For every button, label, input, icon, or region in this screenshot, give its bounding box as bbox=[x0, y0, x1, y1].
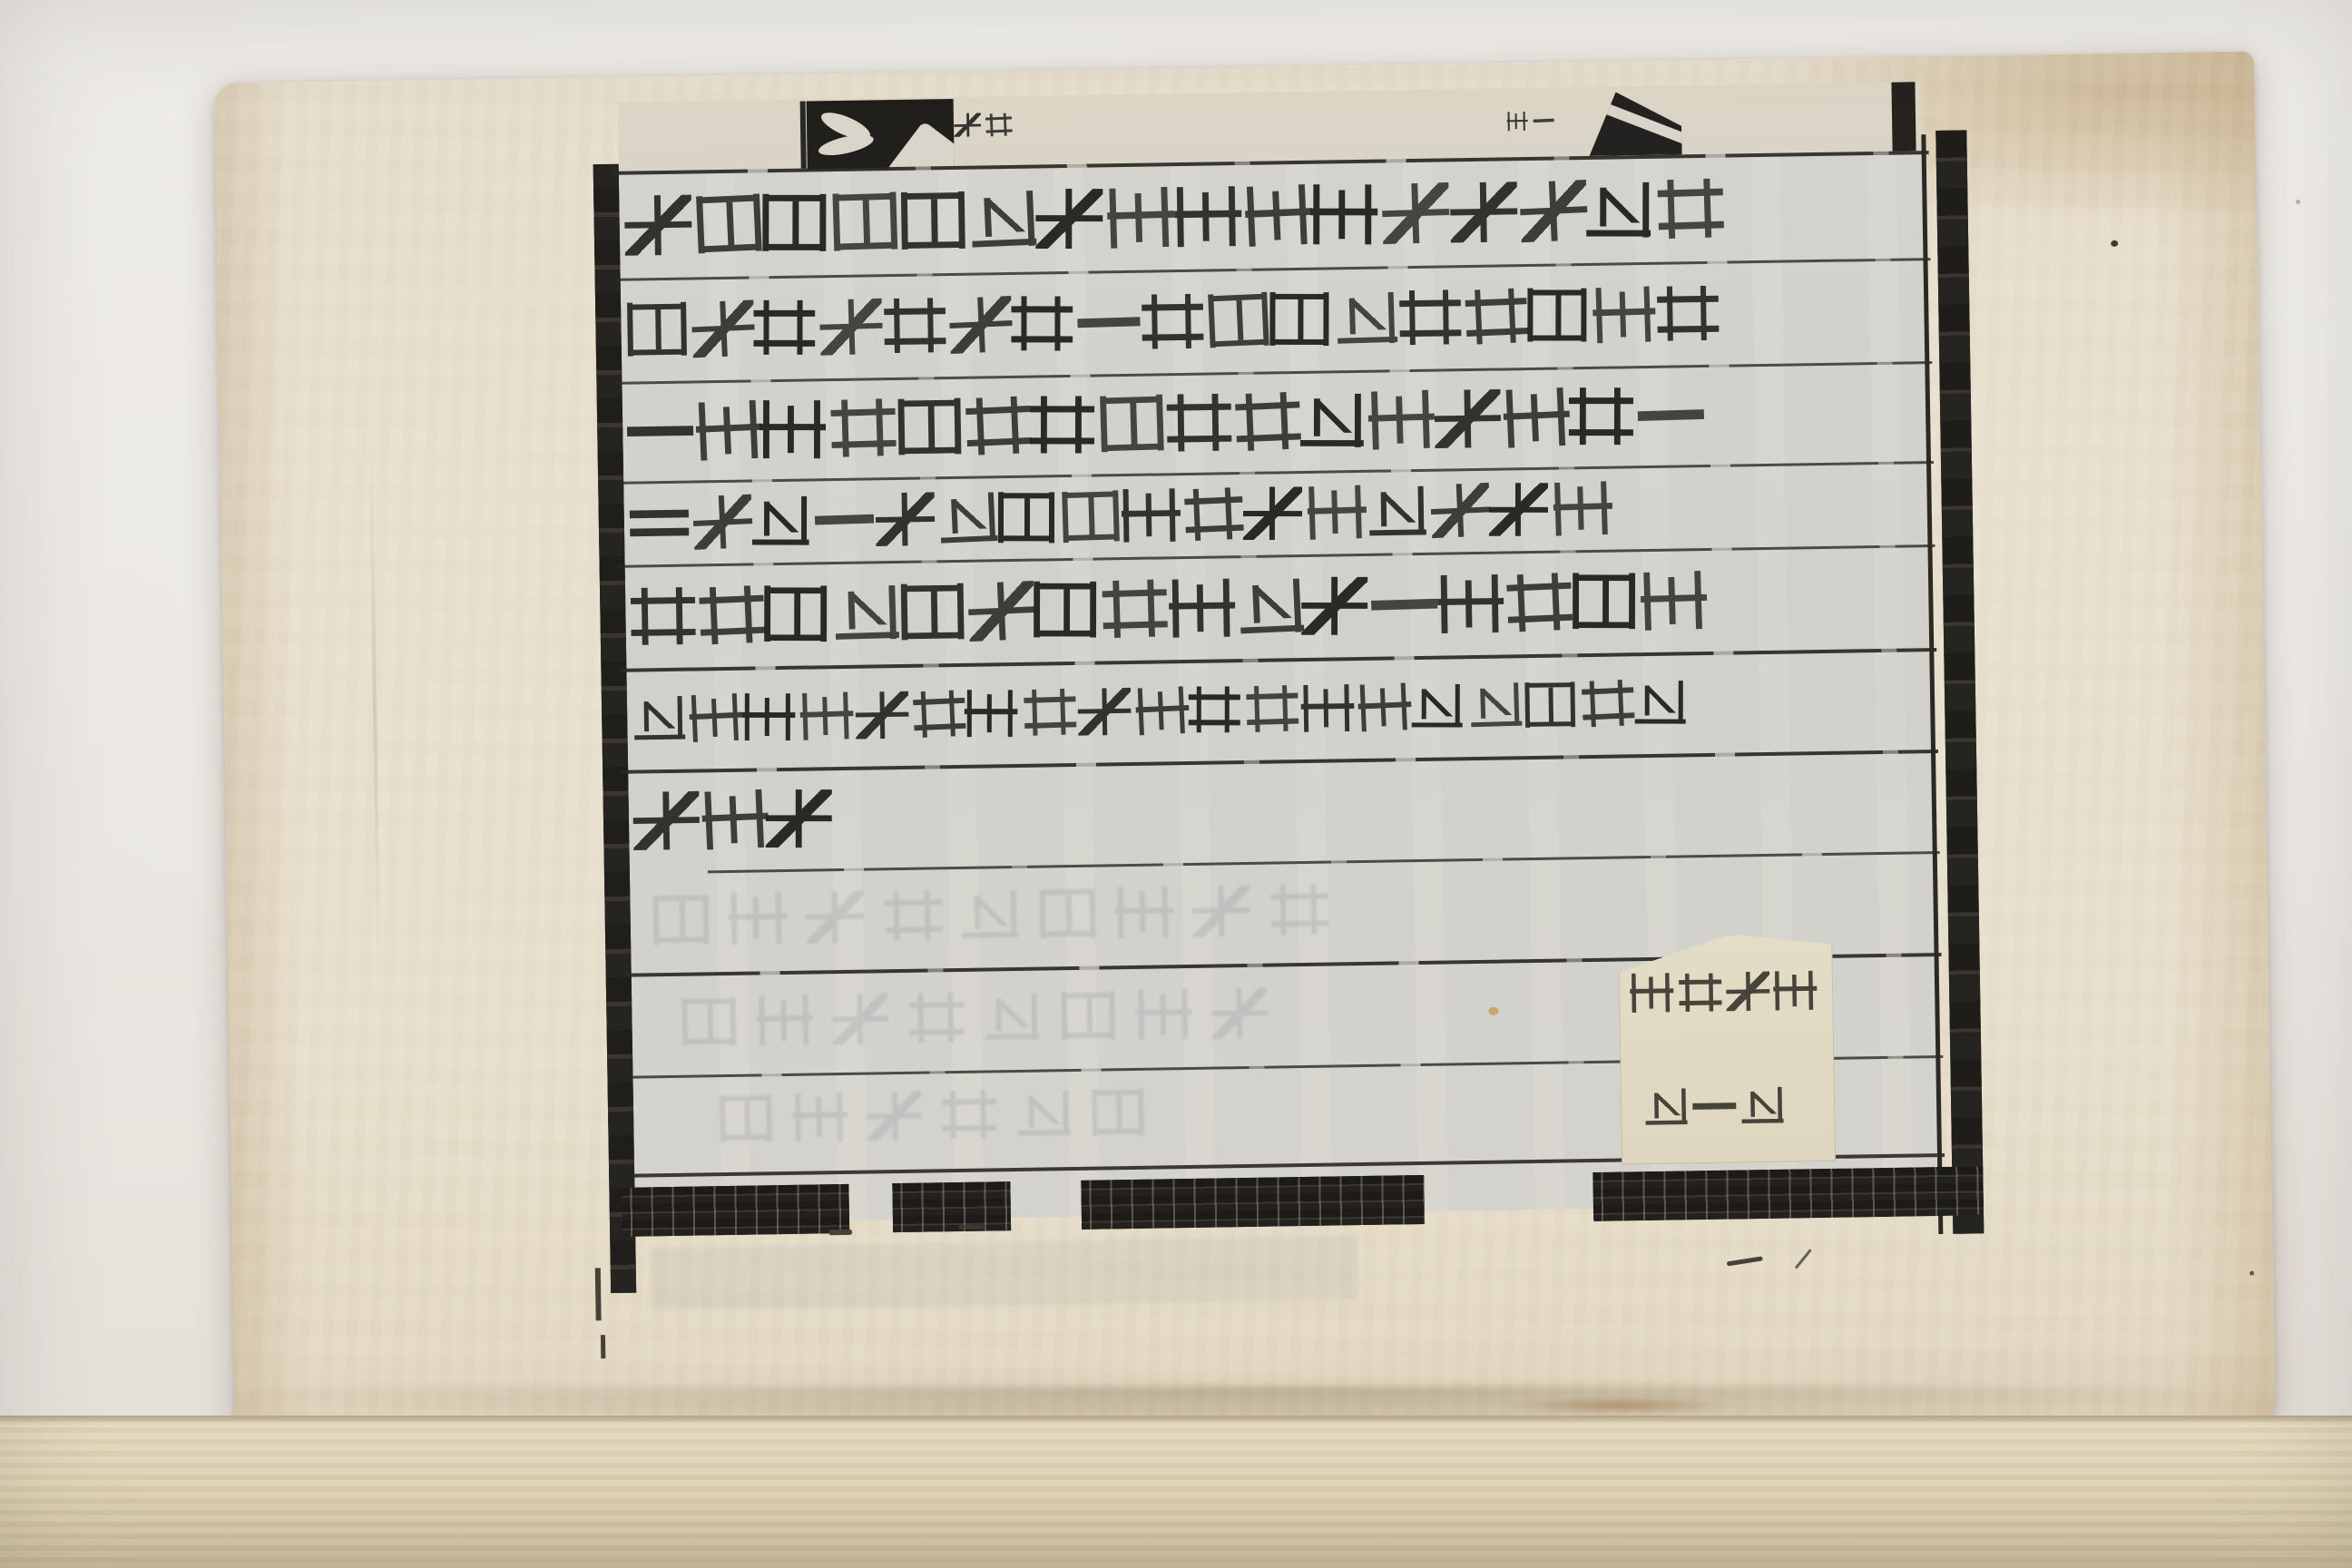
text-column-3 bbox=[629, 363, 1922, 479]
showthrough-glyph bbox=[805, 889, 867, 944]
showthrough-glyph bbox=[1191, 884, 1253, 938]
woodblock-glyph bbox=[799, 691, 856, 741]
woodblock-glyph bbox=[1654, 177, 1726, 241]
woodblock-glyph bbox=[759, 398, 828, 459]
woodblock-glyph bbox=[1739, 1084, 1786, 1126]
text-column-1 bbox=[626, 152, 1920, 278]
woodblock-glyph bbox=[854, 691, 910, 740]
woodblock-glyph bbox=[1242, 182, 1315, 248]
woodblock-glyph bbox=[1333, 289, 1400, 348]
printed-block bbox=[214, 51, 2276, 1462]
woodblock-glyph bbox=[1305, 484, 1368, 541]
woodblock-glyph bbox=[626, 400, 696, 462]
woodblock-glyph bbox=[690, 298, 758, 358]
woodblock-glyph bbox=[1241, 485, 1303, 541]
woodblock-glyph bbox=[1463, 286, 1531, 347]
woodblock-glyph bbox=[1579, 678, 1637, 730]
text-column-2 bbox=[628, 260, 1922, 379]
woodblock-glyph bbox=[1232, 389, 1303, 453]
woodblock-glyph bbox=[1267, 290, 1332, 348]
woodblock-glyph bbox=[1009, 294, 1074, 352]
fishtail-notch bbox=[886, 121, 955, 170]
woodblock-glyph bbox=[1506, 111, 1529, 131]
woodblock-glyph bbox=[1028, 394, 1097, 455]
frame-border-bottom bbox=[622, 1184, 849, 1237]
woodblock-glyph bbox=[1655, 284, 1721, 343]
showthrough-glyph bbox=[651, 892, 712, 946]
woodblock-glyph bbox=[1366, 483, 1428, 539]
woodblock-glyph bbox=[629, 585, 699, 647]
woodblock-glyph bbox=[1367, 388, 1437, 451]
showthrough-glyph bbox=[959, 887, 1021, 942]
woodblock-glyph bbox=[897, 189, 968, 252]
ink-mark bbox=[828, 1230, 852, 1235]
ink-mark bbox=[595, 1268, 602, 1320]
text-column-5 bbox=[632, 546, 1926, 666]
woodblock-glyph bbox=[1076, 292, 1143, 352]
woodblock-glyph bbox=[1031, 579, 1100, 640]
woodblock-glyph bbox=[1164, 392, 1234, 454]
showthrough-text bbox=[720, 1083, 1144, 1147]
woodblock-glyph bbox=[1133, 685, 1191, 737]
woodblock-glyph bbox=[828, 397, 899, 459]
woodblock-glyph bbox=[692, 191, 765, 257]
showthrough-text bbox=[682, 984, 1267, 1052]
frame-border-bottom bbox=[1592, 1166, 1984, 1221]
woodblock-glyph bbox=[954, 113, 982, 138]
woodblock-glyph bbox=[1167, 577, 1237, 639]
showthrough-glyph bbox=[679, 995, 739, 1048]
fold-mark bbox=[1891, 82, 1916, 151]
woodblock-glyph bbox=[1101, 577, 1171, 640]
woodblock-glyph bbox=[947, 294, 1015, 355]
ink-mark bbox=[601, 1335, 605, 1358]
woodblock-glyph bbox=[1567, 386, 1636, 446]
showthrough-glyph bbox=[866, 1090, 924, 1142]
strip-characters bbox=[955, 110, 1064, 139]
text-column-6 bbox=[633, 650, 1927, 768]
woodblock-glyph bbox=[1570, 571, 1639, 632]
woodblock-glyph bbox=[1677, 972, 1723, 1014]
frame-border-bottom bbox=[1081, 1175, 1425, 1230]
strip-characters bbox=[1507, 109, 1607, 132]
woodblock-glyph bbox=[1059, 487, 1122, 544]
woodblock-glyph bbox=[1298, 390, 1367, 451]
woodblock-glyph bbox=[759, 191, 829, 254]
woodblock-glyph bbox=[1187, 685, 1242, 734]
woodblock-glyph bbox=[631, 693, 687, 743]
woodblock-glyph bbox=[694, 398, 765, 462]
woodblock-glyph bbox=[1639, 569, 1710, 632]
woodblock-glyph bbox=[1369, 573, 1440, 635]
backdrop-speck bbox=[2296, 200, 2300, 204]
showthrough-glyph bbox=[940, 1089, 998, 1141]
woodblock-glyph bbox=[1436, 573, 1506, 634]
showthrough-glyph bbox=[1134, 988, 1194, 1042]
fishtail-ornament-icon bbox=[807, 99, 955, 171]
woodblock-glyph bbox=[995, 489, 1057, 544]
woodblock-glyph bbox=[701, 788, 771, 851]
woodblock-glyph bbox=[1434, 387, 1504, 449]
woodblock-glyph bbox=[1517, 178, 1590, 243]
woodblock-glyph bbox=[1235, 574, 1306, 638]
woodblock-glyph bbox=[1447, 181, 1518, 244]
woodblock-glyph bbox=[831, 582, 902, 644]
ink-speck bbox=[2249, 1271, 2254, 1276]
showthrough-glyph bbox=[717, 1093, 775, 1144]
woodblock-glyph bbox=[1523, 680, 1579, 730]
woodblock-glyph bbox=[1022, 687, 1079, 738]
book-page bbox=[214, 51, 2276, 1462]
showthrough-smudge bbox=[650, 1236, 1358, 1310]
showthrough-glyph bbox=[728, 891, 789, 946]
woodblock-glyph bbox=[1300, 575, 1369, 636]
woodblock-glyph bbox=[1551, 480, 1614, 537]
woodblock-glyph bbox=[964, 689, 1019, 738]
woodblock-glyph bbox=[751, 299, 817, 357]
woodblock-glyph bbox=[1487, 482, 1549, 537]
woodblock-glyph bbox=[624, 300, 691, 359]
showthrough-glyph bbox=[755, 994, 815, 1047]
woodblock-glyph bbox=[1591, 284, 1658, 344]
woodblock-glyph bbox=[1244, 683, 1301, 734]
woodblock-glyph bbox=[750, 494, 811, 549]
woodblock-glyph bbox=[632, 789, 701, 851]
woodblock-glyph bbox=[697, 583, 768, 647]
woodblock-glyph bbox=[964, 394, 1034, 457]
woodblock-glyph bbox=[813, 491, 877, 548]
woodblock-glyph bbox=[1409, 681, 1465, 730]
frame-border-bottom bbox=[892, 1181, 1011, 1232]
showthrough-glyph bbox=[1089, 1086, 1147, 1138]
woodblock-glyph bbox=[1299, 683, 1356, 733]
showthrough-glyph bbox=[1269, 882, 1330, 936]
frame-border-right bbox=[1935, 130, 1984, 1233]
woodblock-glyph bbox=[1077, 687, 1133, 737]
showthrough-glyph bbox=[1114, 885, 1176, 939]
woodblock-glyph bbox=[1502, 386, 1573, 449]
woodblock-glyph bbox=[1524, 286, 1590, 344]
woodblock-glyph bbox=[1725, 971, 1771, 1013]
woodblock-glyph bbox=[688, 692, 746, 744]
woodblock-glyph bbox=[765, 788, 834, 848]
book-page-edges bbox=[0, 1416, 2352, 1568]
woodblock-glyph bbox=[829, 190, 901, 254]
woodblock-glyph bbox=[897, 581, 967, 642]
woodblock-glyph bbox=[895, 396, 965, 457]
woodblock-glyph bbox=[1357, 681, 1415, 733]
showthrough-text bbox=[653, 879, 1327, 950]
woodblock-glyph bbox=[1691, 1085, 1738, 1127]
showthrough-glyph bbox=[791, 1091, 849, 1142]
woodblock-glyph bbox=[691, 493, 755, 551]
strip-divider-line bbox=[800, 102, 807, 169]
woodblock-glyph bbox=[622, 193, 693, 257]
woodblock-glyph bbox=[1172, 185, 1243, 249]
woodblock-glyph bbox=[762, 583, 831, 644]
woodblock-glyph bbox=[628, 495, 691, 551]
woodblock-glyph bbox=[1632, 679, 1688, 728]
showthrough-glyph bbox=[831, 993, 891, 1046]
woodblock-glyph bbox=[936, 489, 1001, 547]
showthrough-glyph bbox=[1058, 989, 1118, 1043]
showthrough-glyph bbox=[983, 990, 1043, 1044]
woodblock-glyph bbox=[911, 689, 969, 740]
woodblock-glyph bbox=[967, 187, 1040, 252]
woodblock-glyph bbox=[1397, 288, 1464, 347]
showthrough-glyph bbox=[882, 888, 944, 943]
woodblock-glyph bbox=[1120, 487, 1182, 544]
woodblock-glyph bbox=[1772, 970, 1818, 1012]
showthrough-glyph bbox=[1036, 886, 1098, 940]
woodblock-glyph bbox=[1636, 384, 1707, 446]
photograph bbox=[0, 0, 2352, 1568]
showthrough-glyph bbox=[1210, 986, 1270, 1040]
woodblock-glyph bbox=[1182, 485, 1247, 544]
woodblock-glyph bbox=[966, 579, 1037, 642]
woodblock-glyph bbox=[1504, 571, 1575, 634]
woodblock-glyph bbox=[1104, 185, 1176, 250]
woodblock-glyph bbox=[1140, 292, 1206, 351]
woodblock-glyph bbox=[1379, 181, 1451, 245]
woodblock-glyph bbox=[1532, 111, 1554, 132]
woodblock-glyph bbox=[1629, 972, 1675, 1014]
text-column-7-signature bbox=[635, 751, 1929, 869]
woodblock-glyph bbox=[1467, 681, 1524, 731]
edge-stain bbox=[1470, 1394, 1769, 1417]
patch-characters bbox=[1632, 967, 1817, 1016]
ink-speck bbox=[2111, 240, 2118, 247]
woodblock-glyph bbox=[1308, 183, 1379, 246]
woodblock-glyph bbox=[1097, 392, 1168, 455]
woodblock-glyph bbox=[1583, 179, 1654, 241]
showthrough-glyph bbox=[906, 991, 966, 1044]
woodblock-glyph bbox=[874, 491, 936, 547]
woodblock-glyph bbox=[1205, 289, 1273, 350]
woodblock-glyph bbox=[741, 692, 797, 741]
woodblock-glyph bbox=[818, 297, 886, 357]
woodblock-glyph bbox=[882, 296, 948, 355]
patch-characters bbox=[1646, 1083, 1783, 1131]
woodblock-glyph bbox=[1034, 187, 1104, 250]
ink-mark bbox=[958, 1225, 985, 1230]
woodblock-glyph bbox=[1428, 481, 1493, 539]
woodblock-glyph bbox=[985, 112, 1014, 137]
woodblock-glyph bbox=[1643, 1086, 1690, 1128]
showthrough-glyph bbox=[1014, 1088, 1073, 1140]
